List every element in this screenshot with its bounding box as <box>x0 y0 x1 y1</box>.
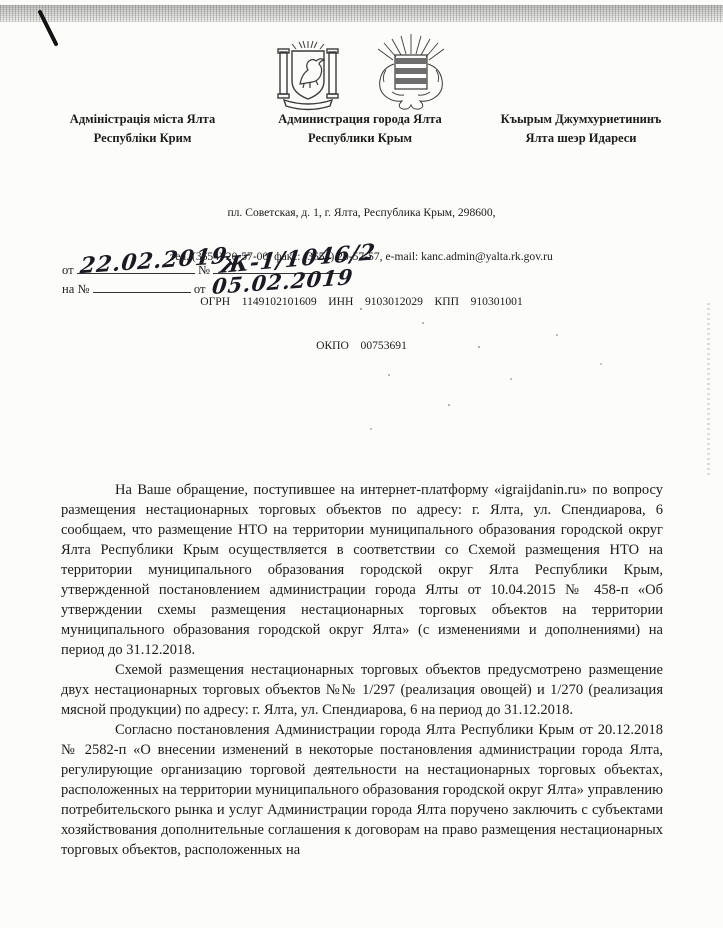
org-name-ukrainian: Адміністрація міста Ялта Республіки Крим <box>40 110 245 148</box>
scan-noise-band <box>0 5 723 22</box>
org-name-crimean-tatar: Къырым Джумхуриетининъ Ялта шеэр Идареси <box>479 110 683 148</box>
org-ua-line2: Республіки Крим <box>40 129 245 148</box>
paragraph-1: На Ваше обращение, поступившее на интерн… <box>61 480 663 660</box>
organization-header: Адміністрація міста Ялта Республіки Крим… <box>40 110 683 148</box>
emblem-row <box>0 34 723 112</box>
scan-edge-noise <box>707 300 710 475</box>
from-label: от <box>62 263 74 277</box>
on-from-label: от <box>194 282 206 296</box>
incoming-number-line <box>93 281 191 293</box>
paragraph-2: Схемой размещения нестационарных торговы… <box>61 660 663 720</box>
org-ct-line2: Ялта шеэр Идареси <box>479 129 683 148</box>
yalta-coat-of-arms-icon <box>368 34 454 112</box>
scan-speckles <box>360 308 362 310</box>
org-ua-line1: Адміністрація міста Ялта <box>40 110 245 129</box>
contact-okpo: ОКПО 00753691 <box>0 339 723 354</box>
on-number-label: на № <box>62 282 90 296</box>
org-ct-line1: Къырым Джумхуриетининъ <box>479 110 683 129</box>
crimea-coat-of-arms-icon <box>270 40 346 112</box>
paragraph-3: Согласно постановления Администрации гор… <box>61 720 663 860</box>
org-ru-line1: Администрация города Ялта <box>251 110 469 129</box>
org-ru-line2: Республики Крым <box>251 129 469 148</box>
contact-address: пл. Советская, д. 1, г. Ялта, Республика… <box>0 206 723 221</box>
org-name-russian: Администрация города Ялта Республики Кры… <box>251 110 469 148</box>
reference-block: от № на № от 22.02.2019 Ж-1/1046/2 05.02… <box>62 262 392 300</box>
scanned-letter-page: Адміністрація міста Ялта Республіки Крим… <box>0 0 723 928</box>
letter-body: На Ваше обращение, поступившее на интерн… <box>61 480 663 860</box>
